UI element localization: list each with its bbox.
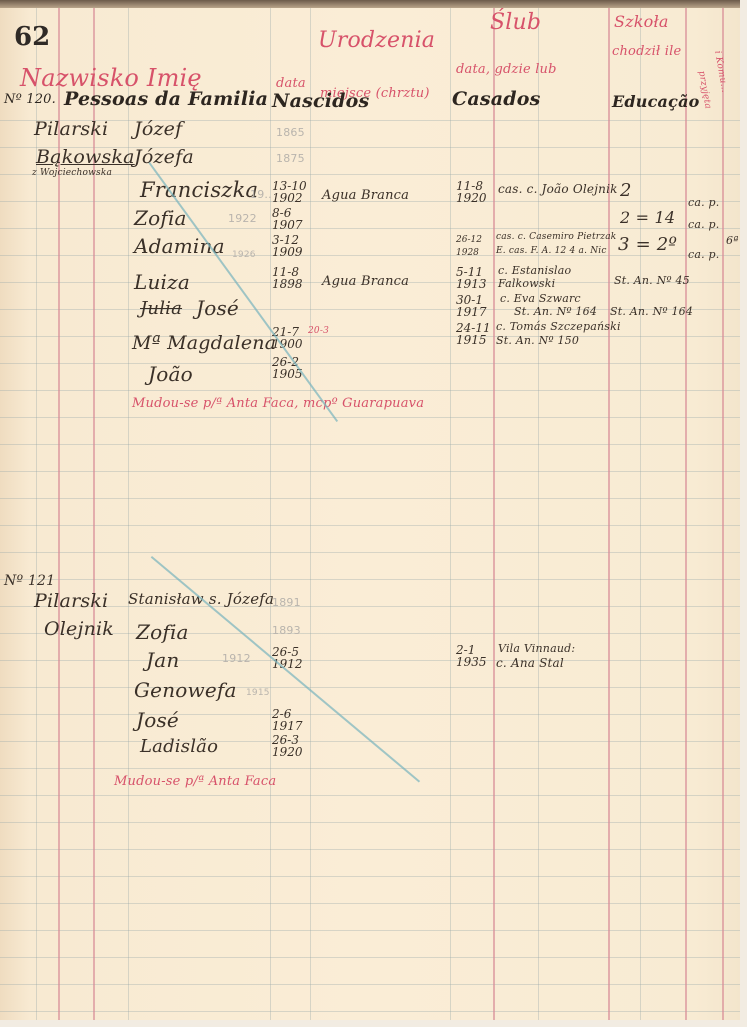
member-given-name: Zofia — [136, 620, 189, 644]
extra-note: ca. p. — [688, 248, 719, 261]
header-last-column: i Komu... — [712, 50, 729, 93]
member-given-name: Zofia — [134, 206, 187, 230]
member-surname: Pilarski — [34, 118, 108, 140]
register-page: 62 Nazwisko Imię Nº 120. Pessoas da Fami… — [0, 0, 740, 1020]
member-given-name: Jan — [146, 648, 179, 672]
marriage-date: 24-111915 — [456, 322, 491, 346]
marriage-date: 2-11935 — [456, 644, 487, 668]
extra-note: ca. p. — [688, 196, 719, 209]
birth-date: 8-61907 — [272, 207, 303, 231]
member-given-name: João — [148, 362, 193, 386]
member-given-name: Ladislão — [140, 736, 218, 757]
birth-place: Agua Branca — [322, 274, 409, 289]
school-value: 2 — [620, 180, 632, 201]
extra-note: ca. p. — [688, 218, 719, 231]
school-value: St. An. Nº 164 — [610, 305, 693, 318]
entry-number: Nº 121 — [4, 573, 55, 589]
member-given-name: José — [136, 708, 179, 732]
marriage-note-2: St. An. Nº 164 — [514, 305, 597, 318]
member-given-name: Luiza — [134, 270, 190, 294]
member-surname: Olejnik — [44, 618, 114, 640]
school-value: 2 = 14 — [620, 208, 675, 227]
marriage-note-2: Falkowski — [498, 277, 555, 290]
marriage-date: 11-81920 — [456, 180, 487, 204]
pencil-year: 1893 — [272, 624, 301, 637]
marriage-note: cas. c. João Olejnik — [498, 182, 618, 196]
birth-date: 3-121909 — [272, 234, 303, 258]
header-education: Educação — [612, 92, 700, 111]
marriage-date: 26-121928 — [456, 234, 482, 260]
marriage-date: 5-111913 — [456, 266, 487, 290]
marriage-note: c. Eva Szwarc — [500, 292, 581, 305]
moved-note: Mudou-se p/ª Anta Faca, mcpº Guarapuava — [132, 396, 424, 411]
entry-number: Nº 120. — [4, 92, 56, 107]
marriage-note-2: E. cas. F. A. 12 4 a. Nic — [496, 246, 607, 256]
header-married: Casados — [452, 88, 541, 110]
pencil-year: 1865 — [276, 126, 305, 139]
moved-note: Mudou-se p/ª Anta Faca — [114, 774, 276, 789]
birth-date: 26-51912 — [272, 646, 303, 670]
birth-date: 26-31920 — [272, 734, 303, 758]
pencil-year: 1891 — [272, 596, 301, 609]
member-given-name: Józefa — [134, 146, 194, 168]
pencil-year: 1922 — [228, 212, 257, 225]
birth-date: 11-81898 — [272, 266, 303, 290]
member-given-name: Genowefa — [134, 678, 237, 702]
marriage-note: Vila Vinnaud: — [498, 642, 575, 655]
header-marriage-sub: data, gdzie lub — [456, 62, 557, 77]
marriage-date: 30-11917 — [456, 294, 487, 318]
pencil-year: 1926 — [232, 250, 256, 260]
school-value: St. An. Nº 45 — [614, 274, 690, 287]
member-surname: Pilarski — [34, 590, 108, 612]
struck-given-name: Julia — [140, 298, 182, 319]
birth-place: Agua Branca — [322, 188, 409, 203]
school-value: 3 = 2º — [618, 234, 677, 255]
pencil-year: 19.. — [250, 188, 272, 201]
birth-date: 13-101902 — [272, 180, 307, 204]
page-number: 62 — [14, 22, 50, 52]
header-marriage-group: Ślub — [490, 10, 541, 35]
red-annotation: 20-3 — [308, 326, 329, 336]
member-surname: Bąkowska — [36, 146, 135, 168]
member-surname-note: z Wojciechowska — [32, 168, 112, 178]
marriage-note: cas. c. Casemiro Pietrzak — [496, 232, 616, 242]
marriage-note: c. Tomás Szczepański — [496, 320, 621, 333]
member-given-name: Józef — [134, 118, 182, 140]
header-school-group: Szkoła — [614, 12, 669, 31]
header-people-of-family: Pessoas da Familia — [64, 88, 268, 110]
side-note: 6ª — [726, 234, 739, 247]
header-birth-group: Urodzenia — [318, 28, 435, 53]
header-births: Nascidos — [272, 90, 369, 112]
marriage-note: c. Estanislao — [498, 264, 571, 277]
member-given-name: Franciszka — [140, 178, 258, 202]
member-given-name: José — [196, 296, 239, 320]
marriage-note-2: c. Ana Stal — [496, 656, 564, 670]
pencil-year: 1875 — [276, 152, 305, 165]
pencil-year: 1915 — [246, 688, 270, 698]
birth-date: 2-61917 — [272, 708, 303, 732]
member-given-name: Mª Magdalena — [132, 332, 276, 354]
header-school-sub: chodził ile — [612, 44, 681, 59]
pencil-year: 1912 — [222, 652, 251, 665]
header-birth-date: data — [276, 76, 306, 91]
marriage-note-2: St. An. Nº 150 — [496, 334, 579, 347]
